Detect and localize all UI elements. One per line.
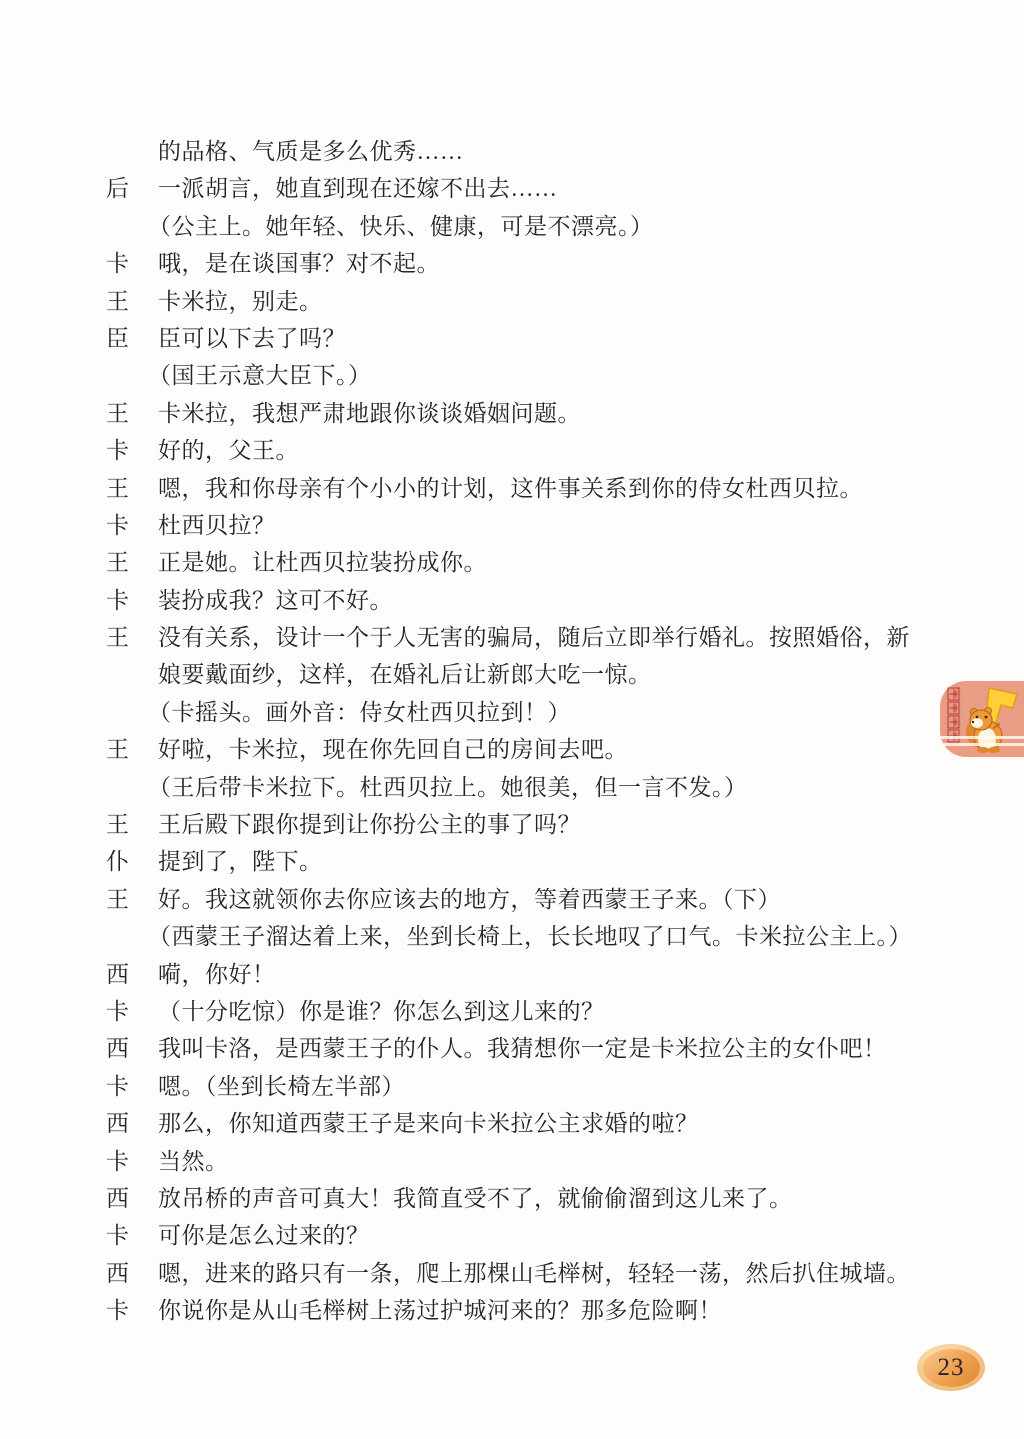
- speaker-label: 卡: [106, 245, 158, 282]
- script-line: （王后带卡米拉下。杜西贝拉上。她很美，但一言不发。）: [106, 769, 984, 806]
- page-number-inner: 23: [923, 1349, 980, 1387]
- dialogue-text: 卡米拉，别走。: [158, 283, 323, 320]
- script-line: 卡嗯。（坐到长椅左半部）: [106, 1068, 984, 1105]
- script-line: 王嗯，我和你母亲有个小小的计划，这件事关系到你的侍女杜西贝拉。: [106, 470, 984, 507]
- script-line: 王正是她。让杜西贝拉装扮成你。: [106, 544, 984, 581]
- speaker-label: 卡: [106, 1143, 158, 1180]
- dialogue-text: 放吊桥的声音可真大！我简直受不了，就偷偷溜到这儿来了。: [158, 1180, 793, 1217]
- speaker-label: 王: [106, 395, 158, 432]
- dialogue-text: 好啦，卡米拉，现在你先回自己的房间去吧。: [158, 731, 628, 768]
- dialogue-text: 王后殿下跟你提到让你扮公主的事了吗？: [158, 806, 581, 843]
- speaker-label: 卡: [106, 1068, 158, 1105]
- dialogue-text: 卡米拉，我想严肃地跟你谈谈婚姻问题。: [158, 395, 581, 432]
- speaker-label: 西: [106, 1255, 158, 1292]
- page-number: 23: [938, 1354, 965, 1382]
- script-line: 卡装扮成我？这可不好。: [106, 582, 984, 619]
- speaker-label: 卡: [106, 1217, 158, 1254]
- speaker-label: 王: [106, 881, 158, 918]
- script-line: 王好。我这就领你去你应该去的地方，等着西蒙王子来。（下）: [106, 881, 984, 918]
- red-glyph: [948, 702, 960, 715]
- dialogue-text: 装扮成我？这可不好。: [158, 582, 393, 619]
- dialogue-text: （王后带卡米拉下。杜西贝拉上。她很美，但一言不发。）: [148, 769, 748, 806]
- speaker-label: 王: [106, 544, 158, 581]
- script-line: 西嗯，进来的路只有一条，爬上那棵山毛榉树，轻轻一荡，然后扒住城墙。: [106, 1255, 984, 1292]
- dialogue-text: 杜西贝拉？: [158, 507, 276, 544]
- rotated-red-text-marks: [947, 688, 960, 742]
- dialogue-text: 当然。: [158, 1143, 229, 1180]
- script-line: 娘要戴面纱，这样，在婚礼后让新郎大吃一惊。: [106, 656, 984, 693]
- script-line: 王卡米拉，我想严肃地跟你谈谈婚姻问题。: [106, 395, 984, 432]
- script-line: 王没有关系，设计一个于人无害的骗局，随后立即举行婚礼。按照婚俗，新: [106, 619, 984, 656]
- script-line: 西放吊桥的声音可真大！我简直受不了，就偷偷溜到这儿来了。: [106, 1180, 984, 1217]
- red-glyph: [948, 716, 960, 729]
- speaker-label: 西: [106, 1180, 158, 1217]
- dialogue-text: （卡摇头。画外音：侍女杜西贝拉到！）: [148, 694, 571, 731]
- script-lines: 的品格、气质是多么优秀……后一派胡言，她直到现在还嫁不出去……（公主上。她年轻、…: [106, 133, 984, 1330]
- section-tab: [940, 681, 1024, 757]
- script-line: 臣臣可以下去了吗？: [106, 320, 984, 357]
- script-line: 卡你说你是从山毛榉树上荡过护城河来的？那多危险啊！: [106, 1292, 984, 1329]
- dialogue-text: 的品格、气质是多么优秀……: [158, 133, 464, 170]
- dialogue-text: 我叫卡洛，是西蒙王子的仆人。我猜想你一定是卡米拉公主的女仆吧！: [158, 1030, 887, 1067]
- dialogue-text: 好的，父王。: [158, 432, 299, 469]
- script-line: （西蒙王子溜达着上来，坐到长椅上，长长地叹了口气。卡米拉公主上。）: [106, 918, 984, 955]
- dialogue-text: 你说你是从山毛榉树上荡过护城河来的？那多危险啊！: [158, 1292, 722, 1329]
- speaker-label: 西: [106, 1105, 158, 1142]
- dialogue-text: 好。我这就领你去你应该去的地方，等着西蒙王子来。（下）: [158, 881, 781, 918]
- script-line: 卡好的，父王。: [106, 432, 984, 469]
- dialogue-text: 一派胡言，她直到现在还嫁不出去……: [158, 170, 558, 207]
- tab-stripe: [940, 743, 1024, 746]
- speaker-label: 卡: [106, 507, 158, 544]
- script-line: 仆提到了，陛下。: [106, 843, 984, 880]
- script-line: 王好啦，卡米拉，现在你先回自己的房间去吧。: [106, 731, 984, 768]
- speaker-label: 卡: [106, 582, 158, 619]
- speaker-label: 卡: [106, 432, 158, 469]
- speaker-label: 王: [106, 731, 158, 768]
- script-line: 卡（十分吃惊）你是谁？你怎么到这儿来的？: [106, 993, 984, 1030]
- dialogue-text: 正是她。让杜西贝拉装扮成你。: [158, 544, 487, 581]
- script-line: 西那么，你知道西蒙王子是来向卡米拉公主求婚的啦？: [106, 1105, 984, 1142]
- script-line: 的品格、气质是多么优秀……: [106, 133, 984, 170]
- script-line: 西我叫卡洛，是西蒙王子的仆人。我猜想你一定是卡米拉公主的女仆吧！: [106, 1030, 984, 1067]
- script-line: 王卡米拉，别走。: [106, 283, 984, 320]
- dialogue-text: 提到了，陛下。: [158, 843, 323, 880]
- speaker-label: 王: [106, 283, 158, 320]
- speaker-label: 仆: [106, 843, 158, 880]
- dialogue-text: 那么，你知道西蒙王子是来向卡米拉公主求婚的啦？: [158, 1105, 699, 1142]
- dialogue-text: 可你是怎么过来的？: [158, 1217, 370, 1254]
- script-line: （国王示意大臣下。）: [106, 357, 984, 394]
- dialogue-text: 嗬，你好！: [158, 956, 276, 993]
- dialogue-text: （西蒙王子溜达着上来，坐到长椅上，长长地叹了口气。卡米拉公主上。）: [148, 918, 912, 955]
- speaker-label: 后: [106, 170, 158, 207]
- script-line: 后一派胡言，她直到现在还嫁不出去……: [106, 170, 984, 207]
- speaker-label: 王: [106, 806, 158, 843]
- speaker-label: 西: [106, 956, 158, 993]
- speaker-label: 王: [106, 470, 158, 507]
- speaker-label: 臣: [106, 320, 158, 357]
- script-line: （卡摇头。画外音：侍女杜西贝拉到！）: [106, 694, 984, 731]
- script-line: 西嗬，你好！: [106, 956, 984, 993]
- dialogue-text: （国王示意大臣下。）: [148, 357, 372, 394]
- script-line: 卡哦，是在谈国事？对不起。: [106, 245, 984, 282]
- speaker-label: 卡: [106, 993, 158, 1030]
- textbook-page: 的品格、气质是多么优秀……后一派胡言，她直到现在还嫁不出去……（公主上。她年轻、…: [0, 0, 1024, 1439]
- dialogue-text: 嗯，我和你母亲有个小小的计划，这件事关系到你的侍女杜西贝拉。: [158, 470, 863, 507]
- dialogue-text: （十分吃惊）你是谁？你怎么到这儿来的？: [158, 993, 605, 1030]
- page-number-badge: 23: [917, 1344, 985, 1391]
- dialogue-text: 嗯，进来的路只有一条，爬上那棵山毛榉树，轻轻一荡，然后扒住城墙。: [158, 1255, 910, 1292]
- speaker-label: 卡: [106, 1292, 158, 1329]
- script-line: 卡可你是怎么过来的？: [106, 1217, 984, 1254]
- script-line: 卡当然。: [106, 1143, 984, 1180]
- dialogue-text: 哦，是在谈国事？对不起。: [158, 245, 440, 282]
- script-line: 王王后殿下跟你提到让你扮公主的事了吗？: [106, 806, 984, 843]
- red-glyph: [948, 688, 960, 701]
- script-line: （公主上。她年轻、快乐、健康，可是不漂亮。）: [106, 208, 984, 245]
- dialogue-text: 臣可以下去了吗？: [158, 320, 346, 357]
- dialogue-text: （公主上。她年轻、快乐、健康，可是不漂亮。）: [148, 208, 654, 245]
- speaker-label: 王: [106, 619, 158, 656]
- tab-stripe: [940, 736, 1024, 739]
- dialogue-text: 娘要戴面纱，这样，在婚礼后让新郎大吃一惊。: [158, 656, 652, 693]
- dialogue-text: 没有关系，设计一个于人无害的骗局，随后立即举行婚礼。按照婚俗，新: [158, 619, 910, 656]
- speaker-label: 西: [106, 1030, 158, 1067]
- dialogue-text: 嗯。（坐到长椅左半部）: [158, 1068, 405, 1105]
- script-line: 卡杜西贝拉？: [106, 507, 984, 544]
